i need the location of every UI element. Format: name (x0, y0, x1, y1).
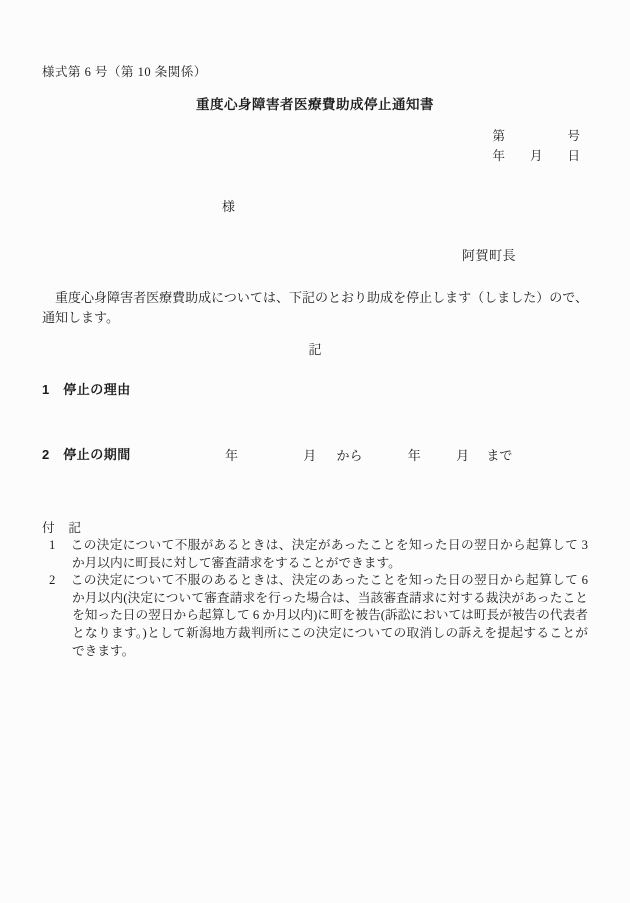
document-meta-block: 第 号 年 月 日 (492, 126, 580, 166)
addressee-honorific: 様 (222, 196, 235, 215)
document-title: 重度心身障害者医療費助成停止通知書 (0, 93, 630, 113)
period-year-from-label: 年 (225, 445, 238, 464)
section-2-period-blanks: 年 月 から 年 月 まで (225, 445, 512, 464)
sender-title: 阿賀町長 (462, 245, 516, 264)
appendix-item-2-text: この決定について不服のあるときは、決定のあったことを知った日の翌日から起算して … (70, 573, 588, 657)
ki-marker: 記 (0, 339, 630, 358)
document-page: 様式第 6 号（第 10 条関係） 重度心身障害者医療費助成停止通知書 第 号 … (0, 0, 630, 903)
appendix-item-1-number: 1 (49, 538, 55, 552)
appendix-section: 付 記 1この決定について不服があるときは、決定があったことを知った日の翌日から… (42, 519, 588, 660)
body-paragraph: 重度心身障害者医療費助成については、下記のとおり助成を停止します（しました）ので… (42, 288, 588, 328)
appendix-item-2-number: 2 (49, 573, 55, 587)
appendix-item-1: 1この決定について不服があるときは、決定があったことを知った日の翌日から起算して… (42, 537, 588, 572)
period-from-label: から (337, 445, 363, 464)
section-1-heading: 1 停止の理由 (42, 379, 131, 398)
document-number-line: 第 号 (492, 126, 580, 146)
period-month-to-label: 月 (456, 445, 469, 464)
section-2-heading: 2 停止の期間 (42, 444, 131, 463)
period-month-from-label: 月 (303, 445, 316, 464)
appendix-item-2: 2この決定について不服のあるときは、決定のあったことを知った日の翌日から起算して… (42, 572, 588, 660)
appendix-heading: 付 記 (42, 519, 588, 537)
period-to-label: まで (486, 445, 512, 464)
form-number-note: 様式第 6 号（第 10 条関係） (42, 62, 207, 80)
issue-date-line: 年 月 日 (492, 146, 580, 166)
period-year-to-label: 年 (408, 445, 421, 464)
appendix-item-1-text: この決定について不服があるときは、決定があったことを知った日の翌日から起算して … (70, 538, 588, 570)
